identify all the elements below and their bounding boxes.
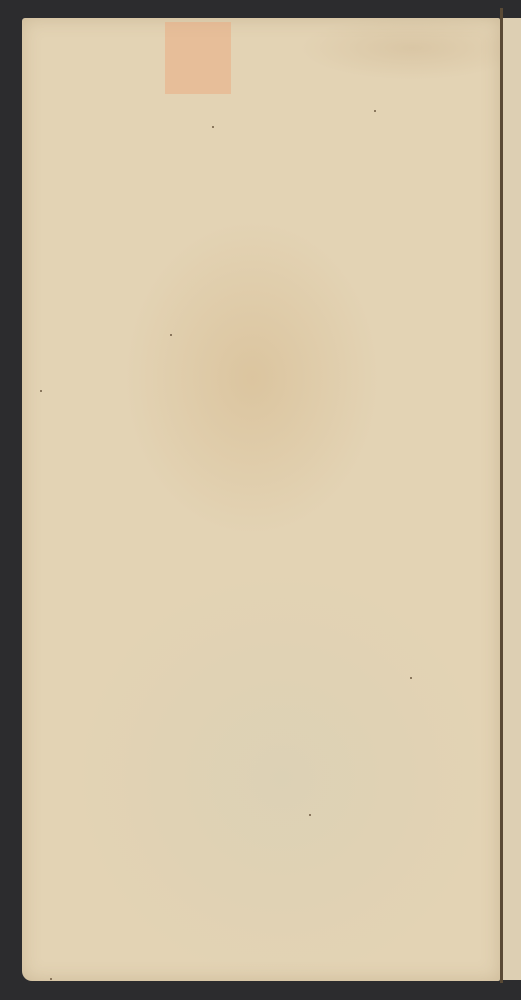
paper-speck (212, 126, 214, 128)
paper-speck (50, 978, 52, 980)
paper-speck (40, 390, 42, 392)
paper-speck (170, 334, 172, 336)
adjacent-page-edge (503, 18, 521, 980)
paper-speck (309, 814, 311, 816)
paper-speck (374, 110, 376, 112)
faded-stamp-mark (165, 22, 231, 94)
paper-speck (410, 677, 412, 679)
blank-paper-page (22, 18, 500, 981)
